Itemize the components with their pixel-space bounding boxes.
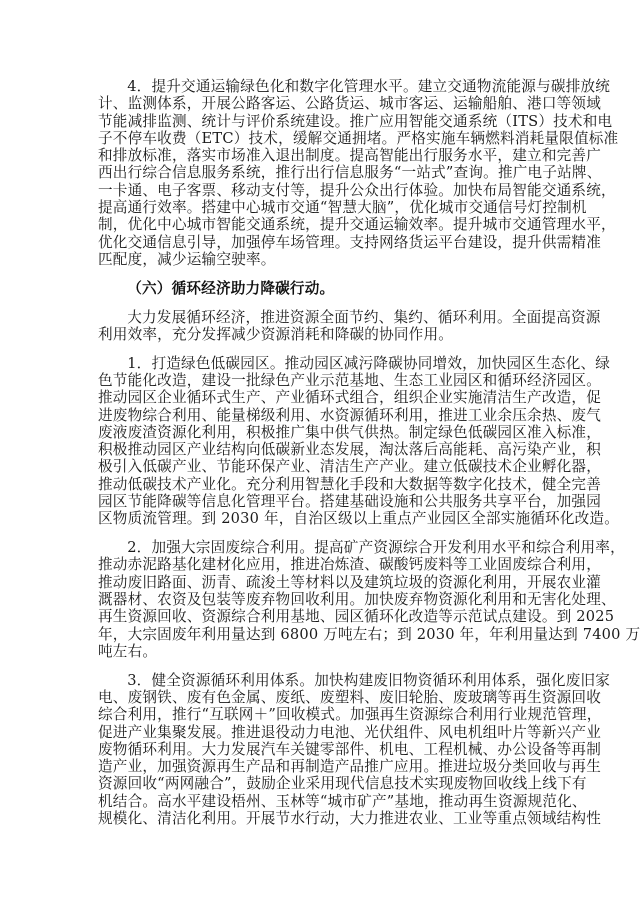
text-line: 极引入低碳产业、节能环保产业、清洁生产产业。建立低碳技术企业孵化器， (98, 458, 544, 475)
text-line: 大力发展循环经济，推进资源全面节约、集约、循环利用。全面提高资源 (98, 309, 544, 326)
text-line: 电、废钢铁、废有色金属、废纸、废塑料、废旧轮胎、废玻璃等再生资源回收 (98, 689, 544, 706)
document-page: 4．提升交通运输绿色化和数字化管理水平。建立交通物流能源与碳排放统 计、监测体系… (98, 78, 544, 839)
text-line: 1．打造绿色低碳园区。推动园区减污降碳协同增效，加快园区生态化、绿 (98, 355, 544, 372)
paragraph-circular-economy-intro: 大力发展循环经济，推进资源全面节约、集约、循环利用。全面提高资源 利用效率，充分… (98, 309, 544, 344)
text-line: 综合利用，推行“互联网＋”回收模式。加强再生资源综合利用行业规范管理， (98, 706, 544, 723)
text-line: 匹配度，减少运输空驶率。 (98, 251, 544, 268)
text-line: 资源回收“两网融合”，鼓励企业采用现代信息技术实现废物回收线上线下有 (98, 775, 544, 792)
text-line: 子不停车收费（ETC）技术，缓解交通拥堵。严格实施车辆燃料消耗量限值标准 (98, 130, 544, 147)
paragraph-bulk-solid-waste: 2．加强大宗固废综合利用。提高矿产资源综合开发利用水平和综合利用率， 推动赤泥路… (98, 539, 544, 660)
text-line: 3．健全资源循环利用体系。加快构建废旧物资循环利用体系，强化废旧家 (98, 672, 544, 689)
text-line: 4．提升交通运输绿色化和数字化管理水平。建立交通物流能源与碳排放统 (98, 78, 544, 95)
text-line: 西出行综合信息服务系统，推行出行信息服务“一站式”查询。推广电子站牌、 (98, 164, 544, 181)
paragraph-green-lowcarbon-parks: 1．打造绿色低碳园区。推动园区减污降碳协同增效，加快园区生态化、绿 色节能化改造… (98, 355, 544, 528)
text-line: 推动废旧路面、沥青、疏浚土等材料以及建筑垃圾的资源化利用，开展农业灌 (98, 574, 544, 591)
text-line: 计、监测体系，开展公路客运、公路货运、城市客运、运输船舶、港口等领域 (98, 95, 544, 112)
text-line: 推动赤泥路基化建材化应用，推进冶炼渣、碳酸钙废料等工业固废综合利用， (98, 556, 544, 573)
text-line: 溉器材、农资及包装等废弃物回收利用。加快废弃物资源化利用和无害化处理、 (98, 591, 544, 608)
text-line: 推动低碳技术产业化。充分利用智慧化手段和大数据等数字化技术，健全完善 (98, 476, 544, 493)
text-line: 积极推动园区产业结构向低碳新业态发展，淘汰落后高能耗、高污染产业，积 (98, 441, 544, 458)
text-line: 规模化、清洁化利用。开展节水行动，大力推进农业、工业等重点领域结构性 (98, 810, 544, 827)
text-line: 年，大宗固废年利用量达到 6800 万吨左右；到 2030 年，年利用量达到 7… (98, 626, 544, 643)
text-line: 再生资源回收、资源综合利用基地、园区循环化改造等示范试点建设。到 2025 (98, 608, 544, 625)
text-line: 2．加强大宗固废综合利用。提高矿产资源综合开发利用水平和综合利用率， (98, 539, 544, 556)
text-line: 进废物综合利用、能量梯级利用、水资源循环利用，推进工业余压余热、废气 (98, 407, 544, 424)
text-line: 提高通行效率。搭建中心城市交通“智慧大脑”，优化城市交通信号灯控制机 (98, 199, 544, 216)
text-line: 制，优化中心城市智能交通系统，提升交通运输效率。提升城市交通管理水平， (98, 216, 544, 233)
text-line: 和排放标准，落实市场准入退出制度。提高智能出行服务水平，建立和完善广 (98, 147, 544, 164)
text-line: 吨左右。 (98, 643, 544, 660)
paragraph-resource-recycling-system: 3．健全资源循环利用体系。加快构建废旧物资循环利用体系，强化废旧家 电、废钢铁、… (98, 672, 544, 828)
text-line: 利用效率，充分发挥减少资源消耗和降碳的协同作用。 (98, 326, 544, 343)
text-line: 促进产业集聚发展。推进退役动力电池、光伏组件、风电机组叶片等新兴产业 (98, 724, 544, 741)
text-line: 造产业，加强资源再生产品和再制造产品推广应用。推进垃圾分类回收与再生 (98, 758, 544, 775)
section-heading-circular-economy: （六）循环经济助力降碳行动。 (98, 280, 544, 297)
text-line: 废物循环利用。大力发展汽车关键零部件、机电、工程机械、办公设备等再制 (98, 741, 544, 758)
text-line: 园区节能降碳等信息化管理平台。搭建基础设施和公共服务共享平台，加强园 (98, 493, 544, 510)
paragraph-transport-digitalization: 4．提升交通运输绿色化和数字化管理水平。建立交通物流能源与碳排放统 计、监测体系… (98, 78, 544, 268)
text-line: 废液废渣资源化利用，积极推广集中供气供热。制定绿色低碳园区准入标准， (98, 424, 544, 441)
text-line: 推动园区企业循环式生产、产业循环式组合，组织企业实施清洁生产改造，促 (98, 389, 544, 406)
text-line: 区物质流管理。到 2030 年，自治区级以上重点产业园区全部实施循环化改造。 (98, 510, 544, 527)
text-line: 色节能化改造，建设一批绿色产业示范基地、生态工业园区和循环经济园区。 (98, 372, 544, 389)
text-line: 节能减排监测、统计与评价系统建设。推广应用智能交通系统（ITS）技术和电 (98, 113, 544, 130)
text-line: 一卡通、电子客票、移动支付等，提升公众出行体验。加快布局智能交通系统， (98, 182, 544, 199)
text-line: 优化交通信息引导，加强停车场管理。支持网络货运平台建设，提升供需精准 (98, 234, 544, 251)
heading-text: （六）循环经济助力降碳行动。 (98, 280, 544, 297)
text-line: 机结合。高水平建设梧州、玉林等“城市矿产”基地，推动再生资源规范化、 (98, 793, 544, 810)
